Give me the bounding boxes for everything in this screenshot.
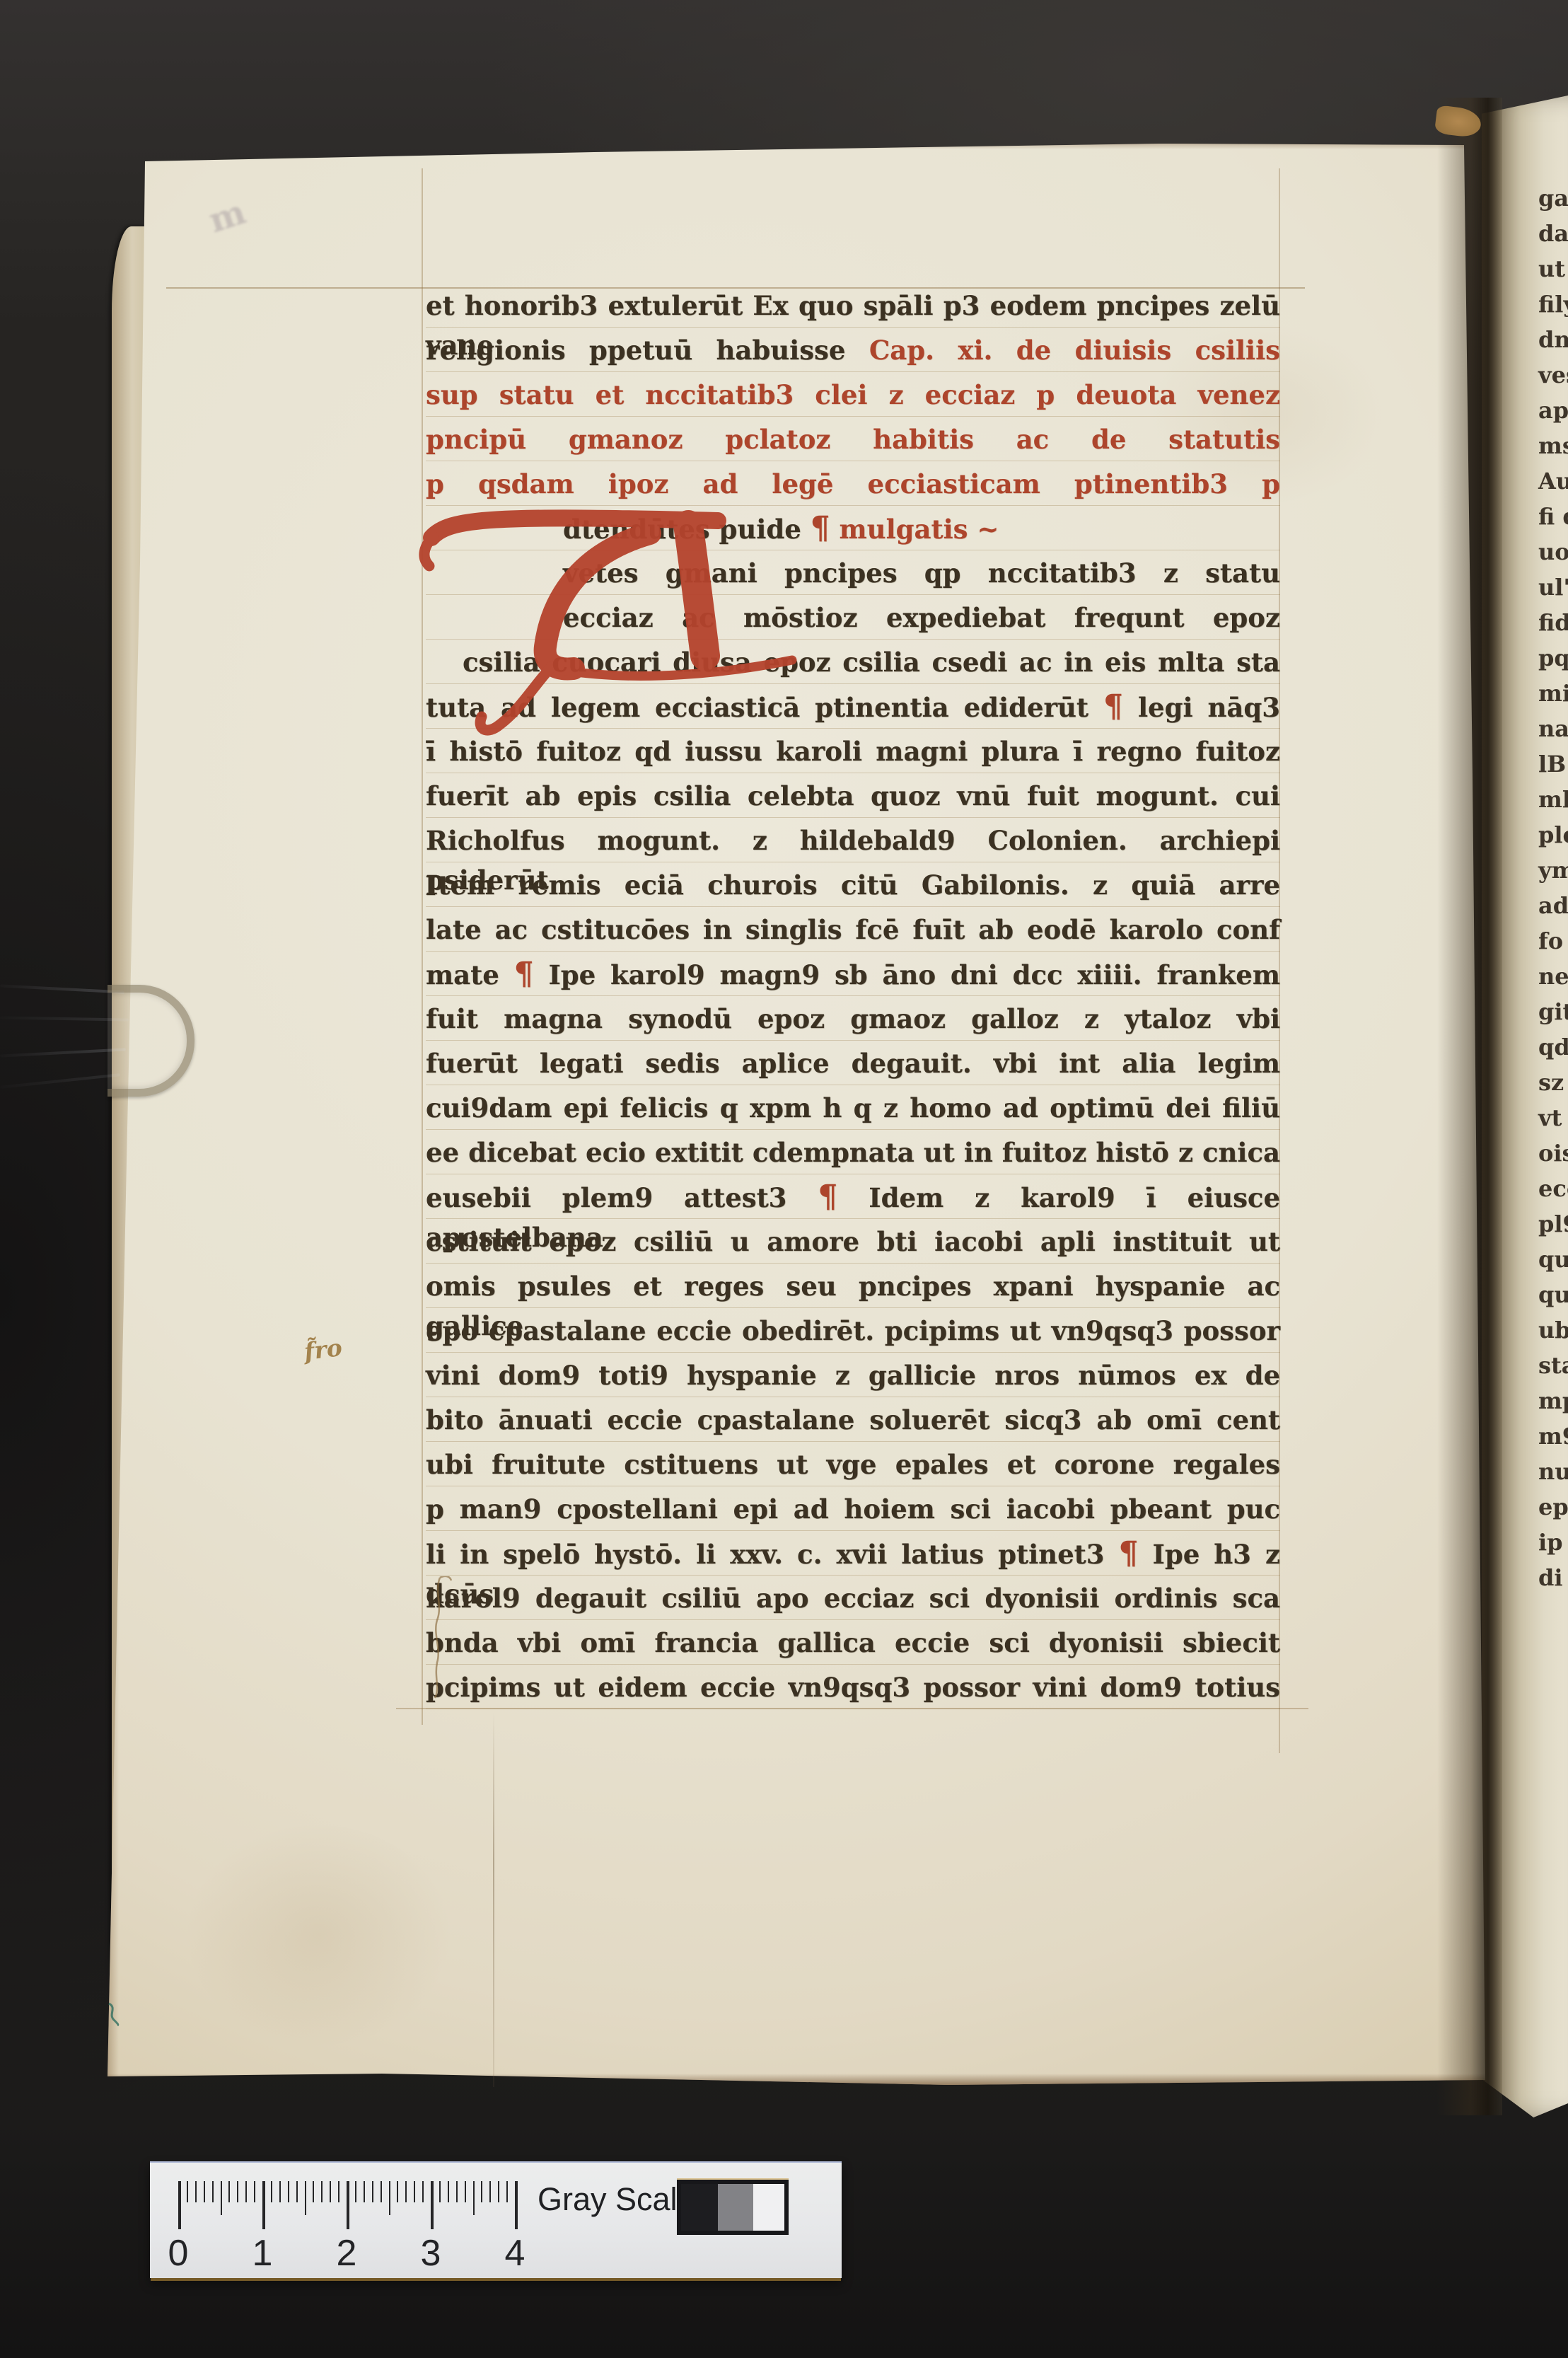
ink-text: fuerīt ab epis csilia celebta quoz vnū f… [426, 780, 1280, 811]
ink-text: Ipe karol9 magn9 sb āno dni dcc xiiii. f… [534, 959, 1280, 990]
facing-page-fragment: nu [1538, 1454, 1568, 1489]
facing-page-fragment: git [1538, 994, 1568, 1029]
ruler-tick-mm [389, 2181, 390, 2215]
facing-page-fragment: pl9 [1538, 1206, 1568, 1242]
rubric-text: mulgatis ~ [830, 514, 999, 545]
ruler-tick-mm [204, 2181, 205, 2202]
line-ruling [426, 951, 1280, 952]
facing-page-fragment: vest [1538, 357, 1568, 393]
ruler-number-2: 2 [337, 2233, 357, 2273]
manuscript-line: cstituit epoz csiliū u amore bti iacobi … [426, 1222, 1280, 1261]
page-burnt-edge-top [99, 138, 1496, 149]
ruling-left-vertical [422, 168, 423, 1725]
facing-page-fragment: ne [1538, 959, 1568, 994]
facing-page-fragment: fily [1538, 287, 1568, 322]
facing-page-fragment: qu [1538, 1277, 1568, 1312]
facing-page-fragment: ip [1538, 1525, 1568, 1560]
ink-text: li in spelō hystō. li xxv. c. xvii latiu… [426, 1539, 1118, 1570]
ruler-tick-cm [515, 2181, 518, 2229]
rubric-text: ¶ [1118, 1535, 1138, 1571]
ruler-tick-cm [431, 2181, 434, 2229]
manuscript-line: bnda vbi omī francia gallica eccie sci d… [426, 1623, 1280, 1663]
manuscript-line: Item remis eciā churois citū Gabilonis. … [426, 865, 1280, 905]
ink-text: late ac cstitucōes in singlis fcē fuīt a… [426, 914, 1280, 945]
ruler-tick-mm [364, 2181, 365, 2202]
facing-page-fragment: qd [1538, 1029, 1568, 1065]
ruler-tick-mm [422, 2181, 424, 2202]
ruler-tick-cm [178, 2181, 181, 2229]
ruler-tick-mm [237, 2181, 238, 2202]
manuscript-line: sup statu et nccitatib3 clei z ecciaz p … [426, 375, 1280, 415]
facing-page-fragment: ub: [1538, 1312, 1568, 1348]
line-ruling [426, 1040, 1280, 1041]
facing-page-fragment: Au [1538, 463, 1568, 499]
facing-page-fragment: ul' [1538, 570, 1568, 605]
line-ruling [426, 1174, 1280, 1174]
manuscript-line: pcipims ut eidem eccie vn9qsq3 possor vi… [426, 1668, 1280, 1707]
ruler-number-4: 4 [505, 2233, 525, 2273]
facing-page-fragment: sz [1538, 1065, 1568, 1100]
ruler-tick-mm [465, 2181, 466, 2202]
rubric-text: ¶ [514, 956, 534, 992]
rubric-text: ¶ [811, 510, 830, 546]
facing-page-fragment: mli [1538, 782, 1568, 817]
ruler-tick-mm [397, 2181, 398, 2202]
manuscript-line: fuerūt legati sedis aplice degauit. vbi … [426, 1044, 1280, 1083]
facing-page-fragment: ut m [1538, 251, 1568, 287]
manuscript-line: fuit magna synodū epoz gmaoz galloz z yt… [426, 999, 1280, 1039]
ink-text: pcipims ut eidem eccie vn9qsq3 possor vi… [426, 1672, 1280, 1703]
ruler-tick-mm [498, 2181, 499, 2202]
manuscript-line: fuerīt ab epis csilia celebta quoz vnū f… [426, 776, 1280, 816]
margin-note: f̃ro [303, 1334, 344, 1365]
line-ruling [426, 773, 1280, 773]
rubric-text: ¶ [818, 1179, 837, 1215]
facing-page-fragment: m9 [1538, 1418, 1568, 1454]
facing-page-fragment: mspe [1538, 428, 1568, 463]
facing-page-fragment: dm z [1538, 322, 1568, 357]
ruler-tick-mm [372, 2181, 373, 2202]
manuscript-line: bito ānuati eccie cpastalane soluerēt si… [426, 1400, 1280, 1440]
gray-patch-mid [718, 2184, 753, 2231]
ruler-tick-mm [212, 2181, 214, 2202]
ruler-tick-cm [262, 2181, 265, 2229]
line-ruling [426, 371, 1280, 372]
ruler-tick-mm [381, 2181, 382, 2202]
manuscript-line: epo cpastalane eccie obedirēt. pcipims u… [426, 1311, 1280, 1351]
ruler-number-1: 1 [252, 2233, 273, 2273]
ruler-tick-mm [305, 2181, 306, 2215]
ink-text: cui9dam epi felicis q xpm h q z homo ad … [426, 1092, 1280, 1123]
manuscript-line: pncipū gmanoz pclatoz habitis ac de stat… [426, 420, 1280, 459]
ink-text: epo cpastalane eccie obedirēt. pcipims u… [426, 1315, 1280, 1346]
ink-text: Item remis eciā churois citū Gabilonis. … [426, 869, 1280, 901]
ink-text: vini dom9 toti9 hyspanie z gallicie nros… [426, 1360, 1280, 1391]
gray-scale-label: Gray Scale [538, 2181, 695, 2218]
rubric-text: pncipū gmanoz pclatoz habitis ac de stat… [426, 424, 1280, 455]
ruler-tick-mm [414, 2181, 415, 2202]
manuscript-line: religionis ppetuū habuisse Cap. xi. de d… [426, 330, 1280, 370]
facing-page: galledaveut mfilydm zvestaptmspeAufi quo… [1482, 96, 1568, 2117]
ruler-tick-mm [279, 2181, 281, 2202]
ink-text: bnda vbi omī francia gallica eccie sci d… [426, 1627, 1280, 1658]
ink-text: fuit magna synodū epoz gmaoz galloz z yt… [426, 1003, 1280, 1034]
ruler-tick-mm [439, 2181, 441, 2202]
ruler-tick-mm [355, 2181, 356, 2202]
ink-text: fuerūt legati sedis aplice degauit. vbi … [426, 1048, 1280, 1079]
rubric-text: Cap. xi. de diuisis csiliis [869, 335, 1280, 366]
ruler-tick-mm [473, 2181, 475, 2215]
manuscript-line: mate ¶ Ipe karol9 magn9 sb āno dni dcc x… [426, 954, 1280, 995]
ink-text: religionis ppetuū habuisse [426, 335, 869, 366]
rubric-text: p qsdam ipoz ad legē ecciasticam ptinent… [426, 468, 1280, 499]
ruler-tick-mm [481, 2181, 482, 2202]
ruler-number-0: 0 [168, 2233, 189, 2273]
ink-text: bito ānuati eccie cpastalane soluerēt si… [426, 1404, 1280, 1435]
manuscript-line: vini dom9 toti9 hyspanie z gallicie nros… [426, 1356, 1280, 1395]
ink-text: ubi fruitute cstituens ut vge epales et … [426, 1449, 1280, 1480]
measurement-ruler: 0 1 2 3 4 Gray Scale [150, 2161, 842, 2278]
line-ruling [426, 461, 1280, 461]
parchment-crease [493, 1712, 494, 2087]
ink-text: legi nāq3 [1123, 692, 1280, 723]
ink-text: eusebii plem9 attest3 [426, 1182, 818, 1213]
manuscript-line: ubi fruitute cstituens ut vge epales et … [426, 1445, 1280, 1484]
facing-page-fragment: vt [1538, 1100, 1568, 1135]
ruler-tick-mm [271, 2181, 272, 2202]
facing-page-fragment: fide [1538, 605, 1568, 640]
ruler-tick-mm [405, 2181, 407, 2202]
ruler-tick-mm [195, 2181, 197, 2202]
ruler-tick-mm [321, 2181, 323, 2202]
facing-page-fragment: ym [1538, 853, 1568, 888]
manuscript-line: cui9dam epi felicis q xpm h q z homo ad … [426, 1088, 1280, 1128]
ruler-tick-mm [506, 2181, 508, 2202]
ink-text: cstituit epoz csiliū u amore bti iacobi … [426, 1226, 1280, 1257]
rubric-text: ¶ [1103, 688, 1123, 724]
facing-page-fragment: ecc [1538, 1171, 1568, 1206]
green-thread [105, 2002, 122, 2026]
manuscript-line: karol9 degauit csiliū apo ecciaz sci dyo… [426, 1578, 1280, 1618]
line-ruling [426, 995, 1280, 996]
line-ruling [426, 1664, 1280, 1665]
facing-page-fragment: ois [1538, 1135, 1568, 1171]
ruler-tick-mm [288, 2181, 289, 2202]
ink-text: karol9 degauit csiliū apo ecciaz sci dyo… [426, 1583, 1280, 1614]
line-ruling [426, 1441, 1280, 1442]
manuscript-line: late ac cstitucōes in singlis fcē fuīt a… [426, 910, 1280, 949]
facing-page-fragment: uo [1538, 534, 1568, 570]
facing-page-fragment: ad q [1538, 888, 1568, 923]
gray-patch-black [681, 2184, 718, 2231]
ruler-tick-mm [448, 2181, 449, 2202]
facing-page-fragment: mp [1538, 1383, 1568, 1418]
ruler-tick-mm [254, 2181, 255, 2202]
ink-text: p man9 cpostellani epi ad hoiem sci iaco… [426, 1493, 1280, 1525]
manuscript-line: p qsdam ipoz ad legē ecciasticam ptinent… [426, 464, 1280, 504]
manuscript-line: ee dicebat ecio extitit cdempnata ut in … [426, 1133, 1280, 1172]
ruler-tick-mm [221, 2181, 222, 2215]
line-ruling [426, 1263, 1280, 1264]
clip-streak [0, 984, 124, 993]
facing-page-fragment: fi q [1538, 499, 1568, 534]
facing-page-fragment: ep [1538, 1489, 1568, 1525]
ruler-tick-mm [313, 2181, 314, 2202]
rubric-text: sup statu et nccitatib3 clei z ecciaz p … [426, 379, 1280, 410]
spine-headband [1434, 105, 1482, 139]
line-ruling [426, 1085, 1280, 1085]
ruler-tick-mm [489, 2181, 491, 2202]
ruler-tick-mm [330, 2181, 331, 2202]
line-ruling [426, 1530, 1280, 1531]
facing-page-fragment: dave [1538, 216, 1568, 251]
gray-scale-target [677, 2180, 789, 2235]
ruler-number-3: 3 [421, 2233, 441, 2273]
line-ruling [426, 1397, 1280, 1397]
line-ruling [426, 1352, 1280, 1353]
facing-page-fragment: galle [1538, 180, 1568, 216]
line-ruling [426, 416, 1280, 417]
line-ruling [426, 1619, 1280, 1620]
gray-patch-white [753, 2184, 784, 2231]
facing-page-fragment: sta [1538, 1348, 1568, 1383]
manuscript-line: p man9 cpostellani epi ad hoiem sci iaco… [426, 1489, 1280, 1529]
line-ruling [426, 1129, 1280, 1130]
ink-text: ee dicebat ecio extitit cdempnata ut in … [426, 1137, 1280, 1168]
ruler-tick-mm [456, 2181, 458, 2202]
stain [184, 1822, 453, 2048]
clip-streak [0, 1073, 120, 1089]
facing-page-fragment: ple [1538, 817, 1568, 853]
facing-page-fragment: di [1538, 1560, 1568, 1595]
ruler-tick-mm [245, 2181, 247, 2202]
facing-page-fragment: apt [1538, 393, 1568, 428]
facing-page-fragment: fo [1538, 923, 1568, 959]
facing-page-fragment: mir [1538, 676, 1568, 711]
facing-page-fragment: lB a [1538, 746, 1568, 782]
ruler-tick-mm [338, 2181, 339, 2202]
line-ruling [426, 1486, 1280, 1486]
margin-flourish [431, 1576, 453, 1700]
ink-text: mate [426, 959, 514, 990]
ruler-tick-mm [187, 2181, 188, 2202]
line-ruling [426, 817, 1280, 818]
ruler-tick-mm [228, 2181, 230, 2202]
line-ruling [426, 906, 1280, 907]
initial-letter-A [407, 504, 803, 751]
page-burnt-edge-bottom [99, 2074, 1496, 2086]
facing-page-fragment: qui [1538, 1242, 1568, 1277]
page-clip [0, 968, 205, 1102]
facing-page-fragment: pquo [1538, 640, 1568, 676]
facing-page-fragment: nam [1538, 711, 1568, 746]
ruler-tick-mm [296, 2181, 298, 2202]
ruler-tick-cm [347, 2181, 349, 2229]
line-ruling [426, 1709, 1280, 1709]
clip-loop [108, 985, 194, 1097]
manuscript-photo: galledaveut mfilydm zvestaptmspeAufi quo… [0, 0, 1568, 2358]
